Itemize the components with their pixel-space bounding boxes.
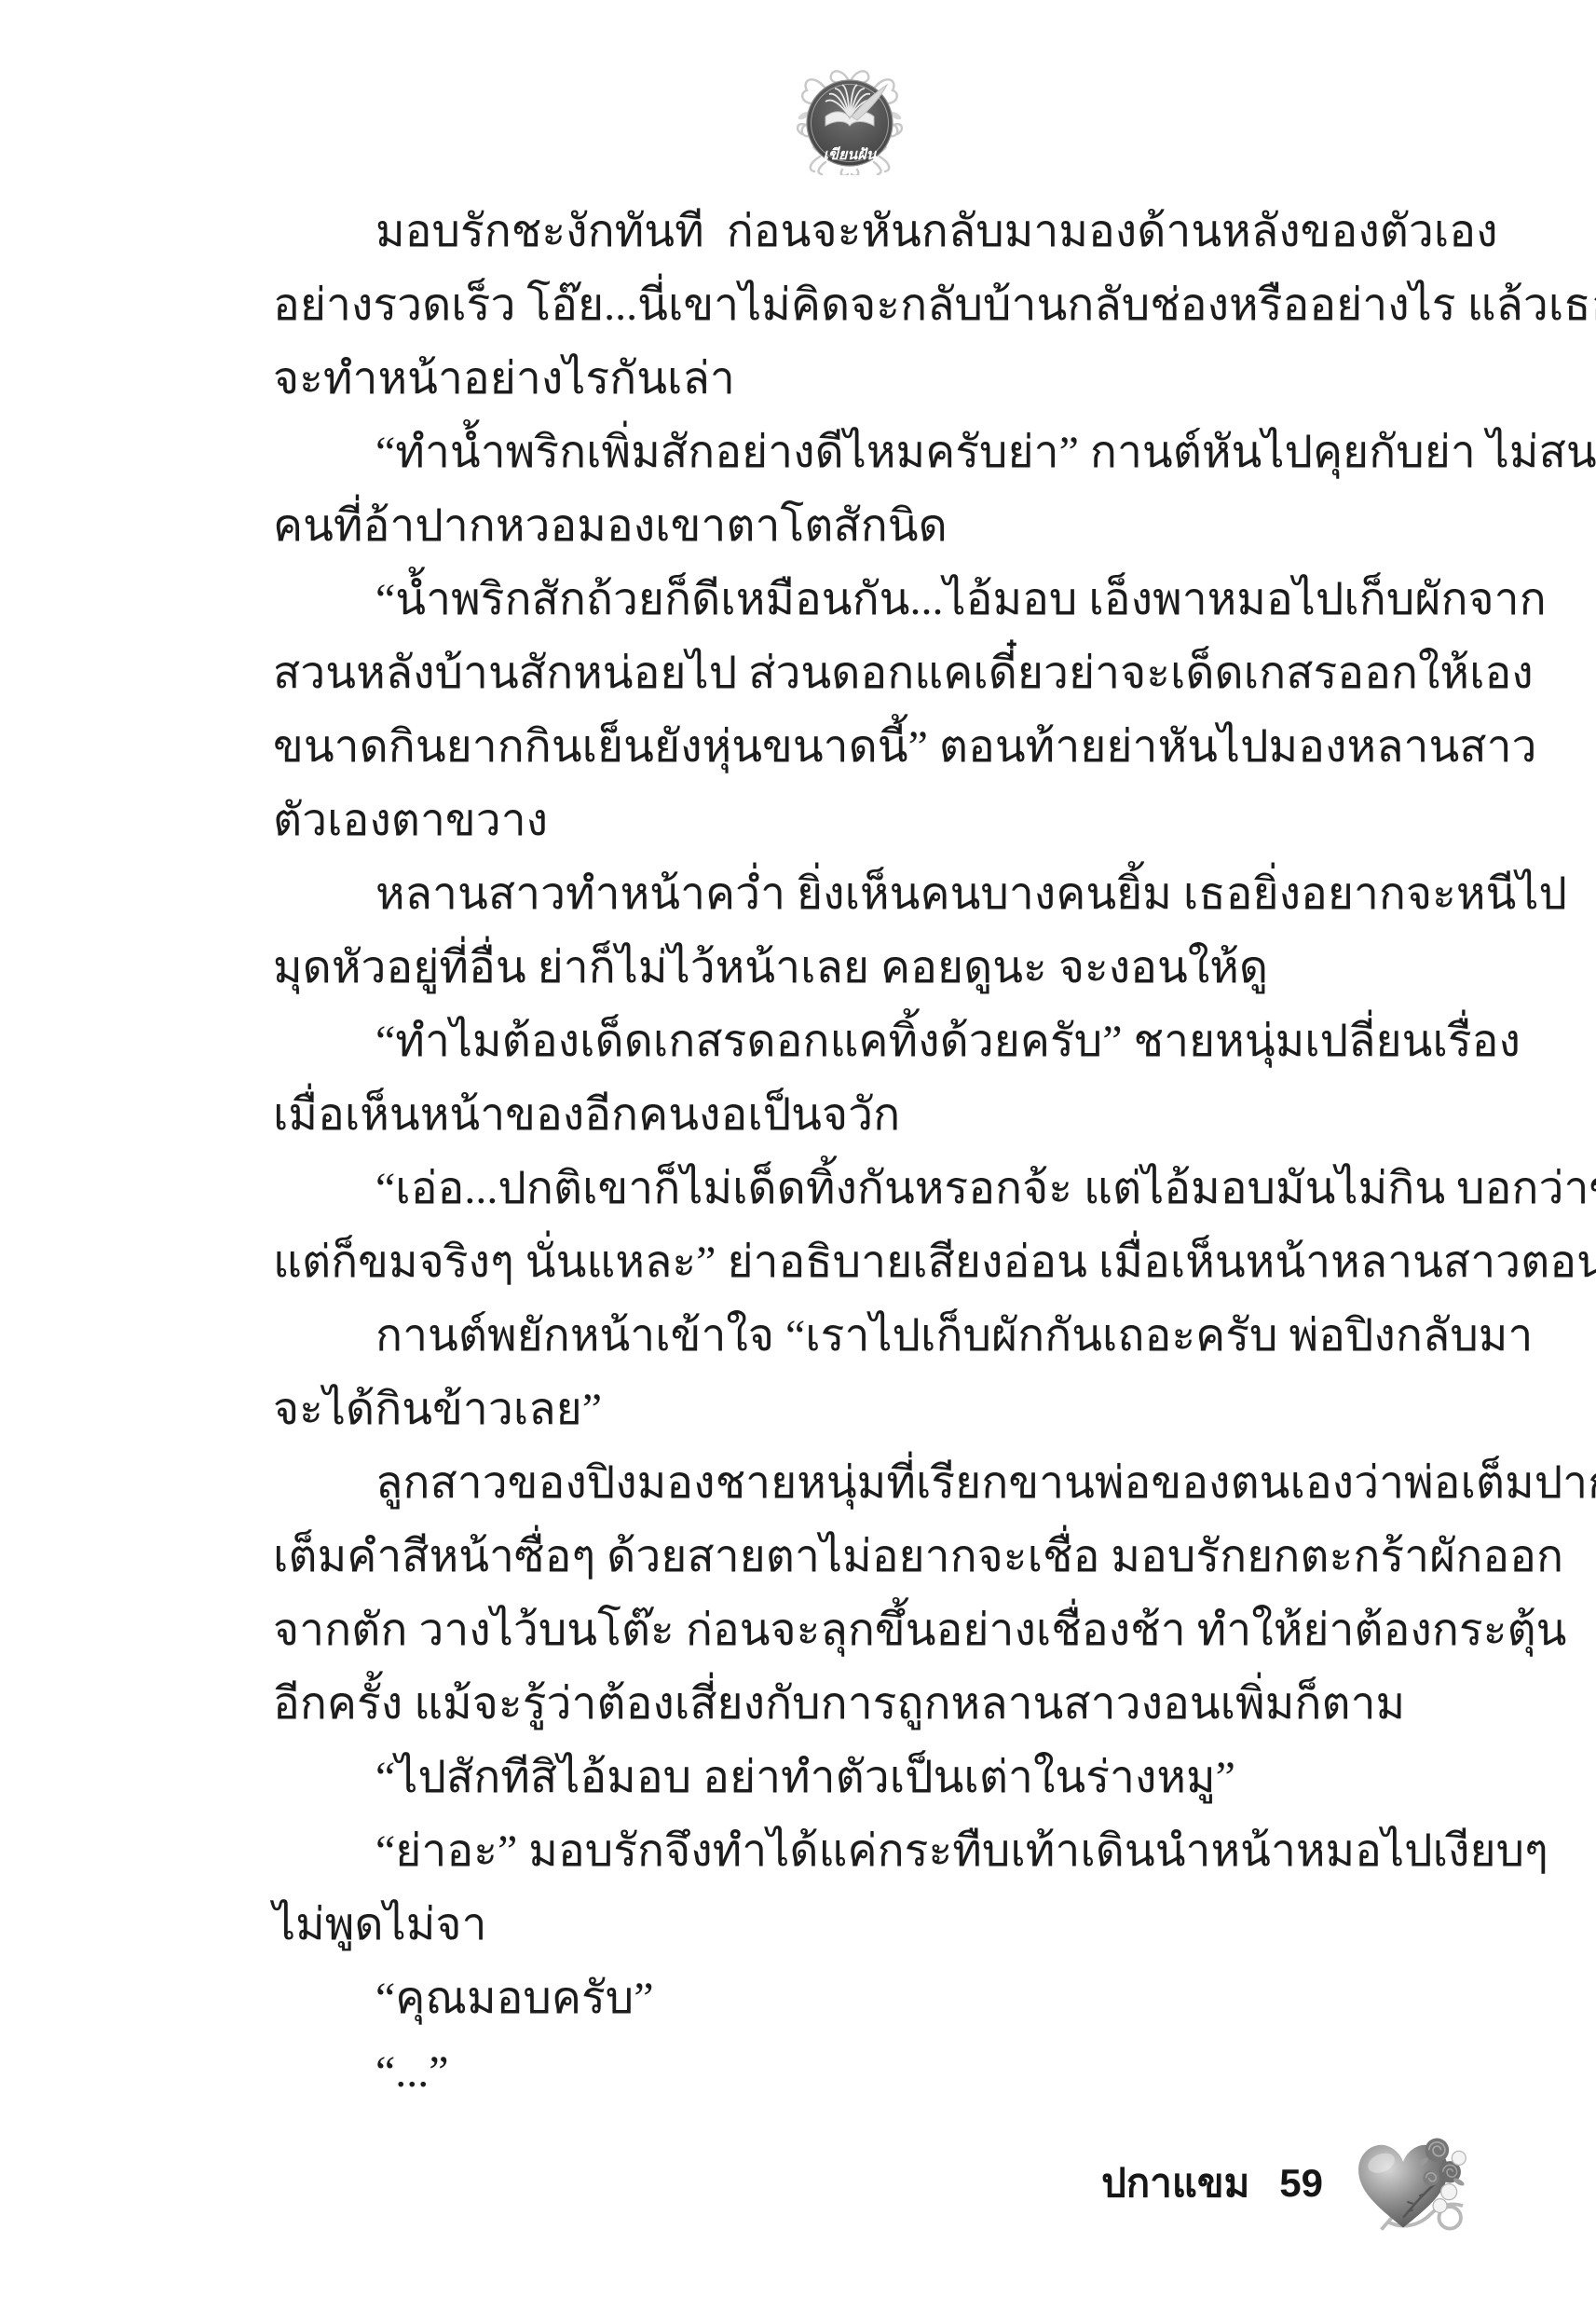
publisher-logo: เขียนฝัน (793, 63, 907, 175)
text-line: ไม่พูดไม่จา (273, 1888, 1438, 1962)
text-line: “ไปสักทีสิไอ้มอบ อย่าทำตัวเป็นเต่าในร่าง… (273, 1741, 1438, 1814)
text-line: จะได้กินข้าวเลย” (273, 1373, 1438, 1446)
text-line: “...” (273, 2035, 1438, 2109)
text-line: แต่ก็ขมจริงๆ นั่นแหละ” ย่าอธิบายเสียงอ่อ… (273, 1225, 1438, 1299)
story-text-block: มอบรักชะงักทันที ก่อนจะหันกลับมามองด้านห… (273, 195, 1438, 2109)
text-line: ลูกสาวของปิงมองชายหนุ่มที่เรียกขานพ่อของ… (273, 1446, 1438, 1520)
text-line: อย่างรวดเร็ว โอ๊ย...นี่เขาไม่คิดจะกลับบ้… (273, 268, 1438, 342)
text-line: จะทำหน้าอย่างไรกันเล่า (273, 342, 1438, 416)
text-line: “ทำน้ำพริกเพิ่มสักอย่างดีไหมครับย่า” กาน… (273, 416, 1438, 489)
text-line: “เอ่อ...ปกติเขาก็ไม่เด็ดทิ้งกันหรอกจ้ะ แ… (273, 1152, 1438, 1225)
text-line: หลานสาวทำหน้าคว่ำ ยิ่งเห็นคนบางคนยิ้ม เธ… (273, 857, 1438, 931)
text-line: มอบรักชะงักทันที ก่อนจะหันกลับมามองด้านห… (273, 195, 1438, 268)
text-line: “ย่าอะ” มอบรักจึงทำได้แค่กระทืบเท้าเดินน… (273, 1814, 1438, 1888)
heart-decoration (1347, 2130, 1472, 2235)
text-line: สวนหลังบ้านสักหน่อยไป ส่วนดอกแคเดี๋ยวย่า… (273, 636, 1438, 710)
text-line: “น้ำพริกสักถ้วยก็ดีเหมือนกัน...ไอ้มอบ เอ… (273, 563, 1438, 636)
page-footer: ปกาแขม59 (0, 2160, 1323, 2207)
text-line: ขนาดกินยากกินเย็นยังหุ่นขนาดนี้” ตอนท้าย… (273, 710, 1438, 784)
text-line: เต็มคำสีหน้าซื่อๆ ด้วยสายตาไม่อยากจะเชื่… (273, 1520, 1438, 1593)
text-line: กานต์พยักหน้าเข้าใจ “เราไปเก็บผักกันเถอะ… (273, 1299, 1438, 1373)
heart-with-roses-icon (1347, 2130, 1472, 2235)
text-line: คนที่อ้าปากหวอมองเขาตาโตสักนิด (273, 489, 1438, 563)
text-line: อีกครั้ง แม้จะรู้ว่าต้องเสี่ยงกับการถูกห… (273, 1667, 1438, 1741)
text-line: จากตัก วางไว้บนโต๊ะ ก่อนจะลุกขึ้นอย่างเช… (273, 1593, 1438, 1667)
text-line: “คุณมอบครับ” (273, 1962, 1438, 2035)
open-book-and-quill-emblem-icon: เขียนฝัน (793, 63, 907, 175)
footer-book-title: ปกาแขม (1101, 2161, 1249, 2205)
text-line: เมื่อเห็นหน้าของอีกคนงอเป็นจวัก (273, 1078, 1438, 1152)
page-number: 59 (1279, 2160, 1323, 2207)
text-line: มุดหัวอยู่ที่อื่น ย่าก็ไม่ไว้หน้าเลย คอย… (273, 931, 1438, 1005)
publisher-name: เขียนฝัน (823, 146, 877, 163)
text-line: ตัวเองตาขวาง (273, 784, 1438, 857)
book-page: เขียนฝัน มอบรักชะงักทันที ก่อนจะหันกลับม… (0, 0, 1596, 2311)
text-line: “ทำไมต้องเด็ดเกสรดอกแคทิ้งด้วยครับ” ชายห… (273, 1005, 1438, 1078)
